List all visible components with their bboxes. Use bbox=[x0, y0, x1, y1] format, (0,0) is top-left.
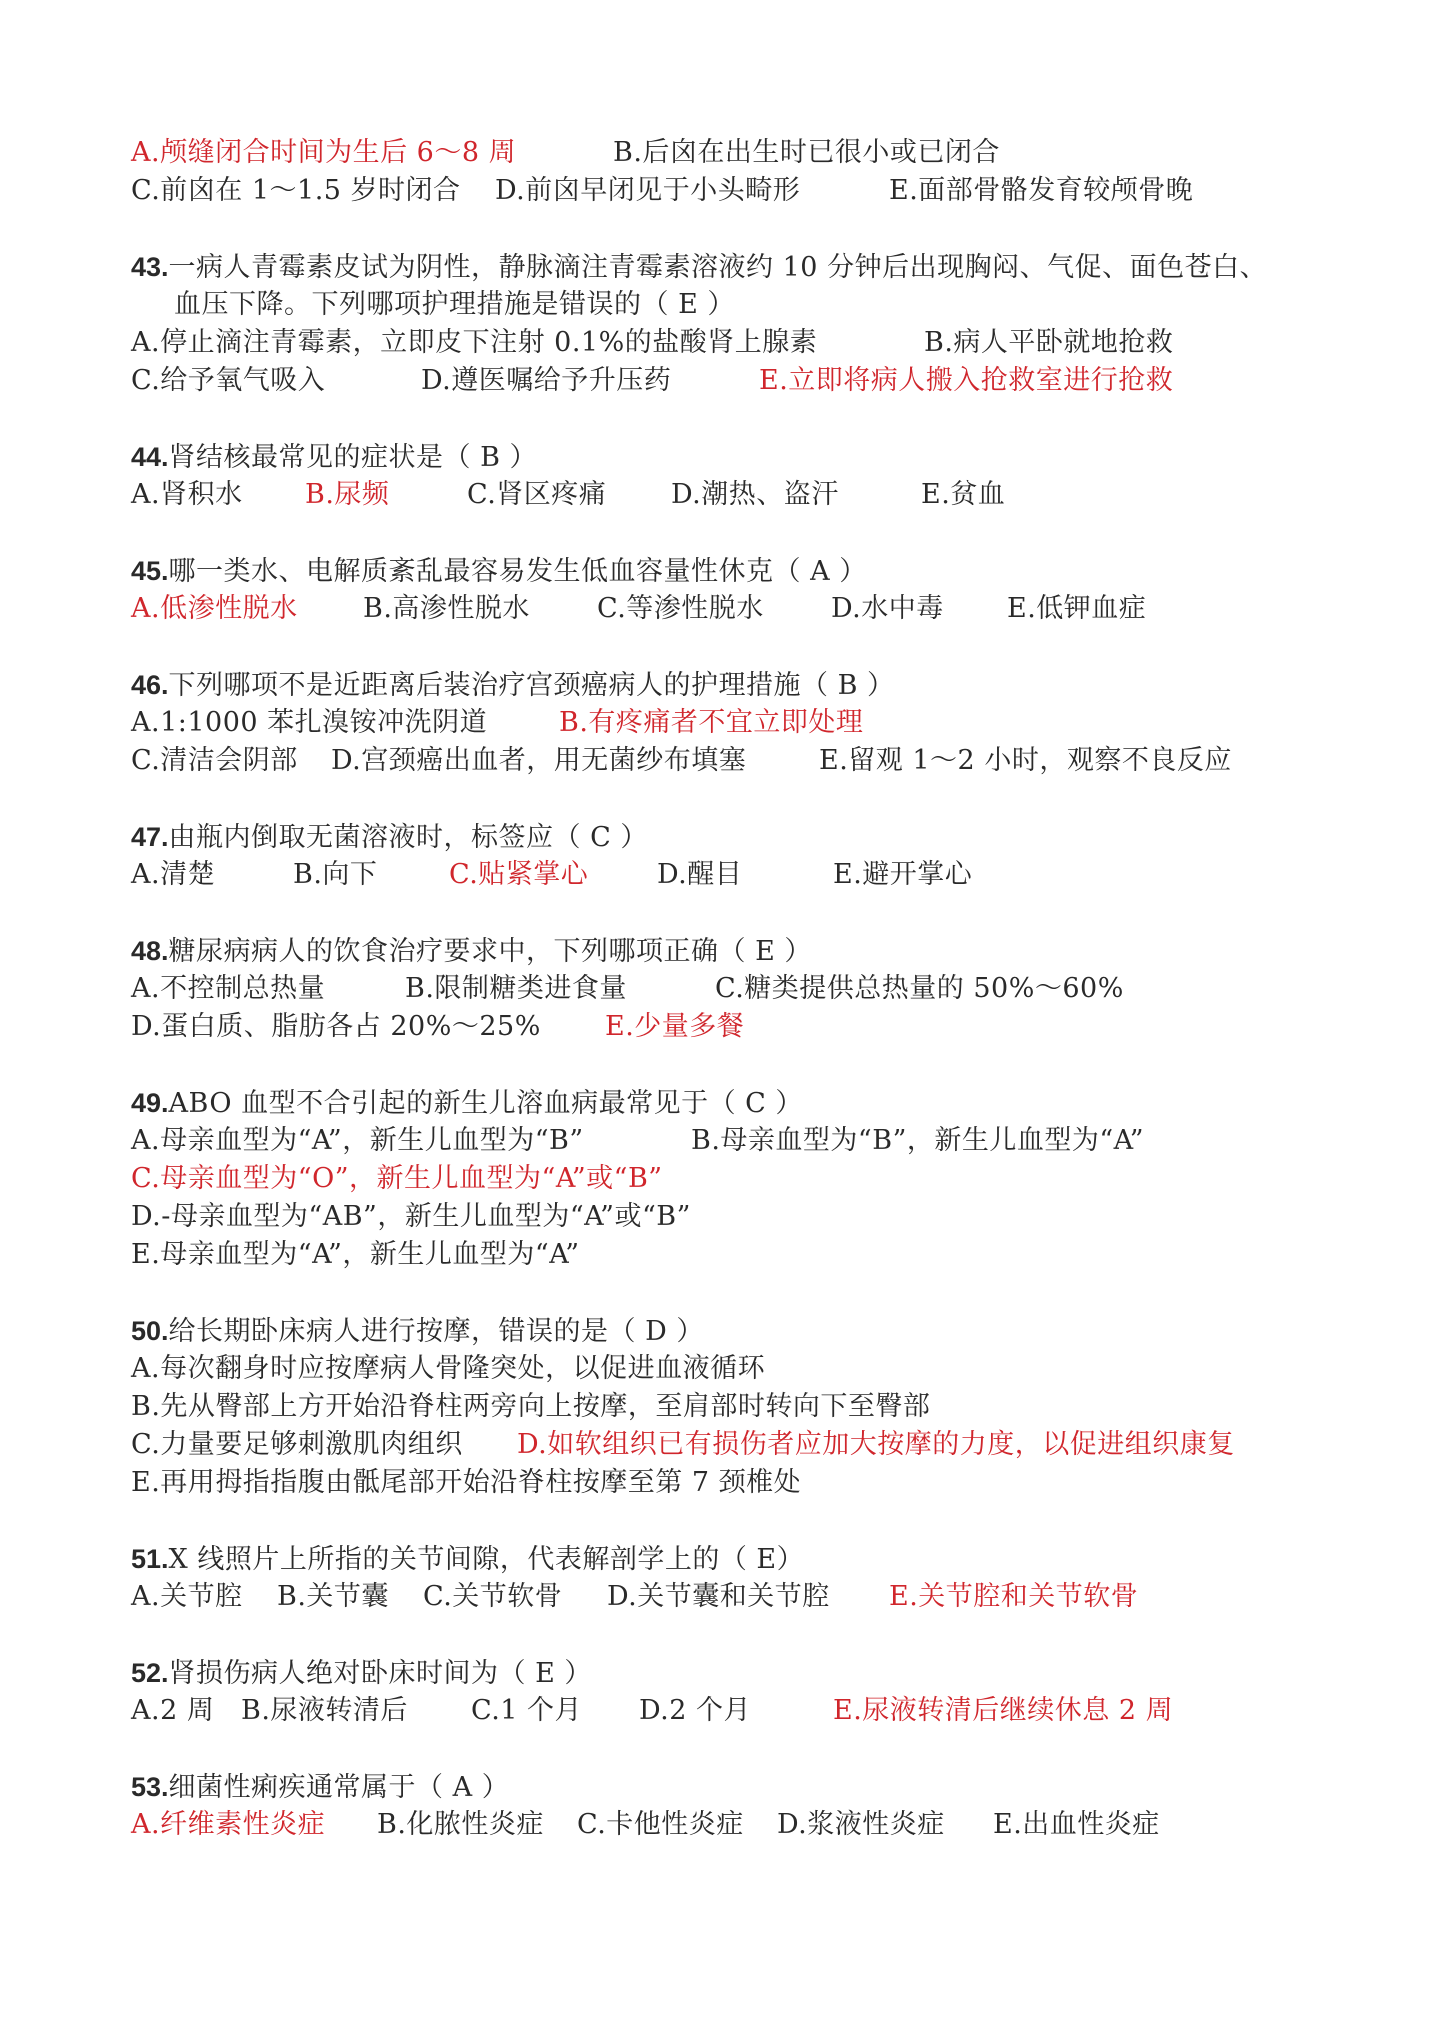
q49-stem: ABO 血型不合引起的新生儿溶血病最常见于（ C ） bbox=[169, 1088, 803, 1119]
q43-option-b: B.病人平卧就地抢救 bbox=[924, 324, 1173, 362]
q44-option-b: B.尿频 bbox=[305, 476, 389, 514]
q52-option-e: E.尿液转清后继续休息 2 周 bbox=[833, 1692, 1173, 1730]
q48-option-a: A.不控制总热量 bbox=[131, 970, 325, 1008]
q46-option-a: A.1:1000 苯扎溴铵冲洗阴道 bbox=[131, 704, 487, 742]
q47-option-a: A.清楚 bbox=[131, 856, 215, 894]
q50-option-b: B.先从臀部上方开始沿脊柱两旁向上按摩，至肩部时转向下至臀部 bbox=[131, 1388, 930, 1426]
q47-option-c: C.贴紧掌心 bbox=[449, 856, 588, 894]
q52-option-c: C.1 个月 bbox=[471, 1692, 582, 1730]
q50-option-d: D.如软组织已有损伤者应加大按摩的力度，以促进组织康复 bbox=[517, 1426, 1235, 1464]
q47-option-e: E.避开掌心 bbox=[833, 856, 972, 894]
q48-option-d: D.蛋白质、脂肪各占 20%～25% bbox=[131, 1008, 541, 1046]
q51-number: 51. bbox=[131, 1544, 169, 1574]
q46-stem-line: 46.下列哪项不是近距离后装治疗宫颈癌病人的护理措施（ B ） bbox=[131, 666, 895, 704]
q47-option-d: D.醒目 bbox=[657, 856, 742, 894]
q53-stem: 细菌性痢疾通常属于（ A ） bbox=[169, 1772, 510, 1803]
q50-option-e: E.再用拇指指腹由骶尾部开始沿脊柱按摩至第 7 颈椎处 bbox=[131, 1464, 801, 1502]
q51-option-a: A.关节腔 bbox=[131, 1578, 243, 1616]
q49-option-a: A.母亲血型为“A”，新生儿血型为“B” bbox=[131, 1122, 584, 1160]
q48-number: 48. bbox=[131, 936, 169, 966]
q48-option-e: E.少量多餐 bbox=[605, 1008, 744, 1046]
q50-number: 50. bbox=[131, 1316, 169, 1346]
q49-option-e: E.母亲血型为“A”，新生儿血型为“A” bbox=[131, 1236, 580, 1274]
q53-stem-line: 53.细菌性痢疾通常属于（ A ） bbox=[131, 1768, 509, 1806]
q46-option-d: D.宫颈癌出血者，用无菌纱布填塞 bbox=[331, 742, 746, 780]
q51-stem: X 线照片上所指的关节间隙，代表解剖学上的（ E） bbox=[169, 1544, 805, 1575]
q44-number: 44. bbox=[131, 442, 169, 472]
q45-option-c: C.等渗性脱水 bbox=[597, 590, 764, 628]
q45-option-e: E.低钾血症 bbox=[1007, 590, 1146, 628]
q45-stem: 哪一类水、电解质紊乱最容易发生低血容量性休克（ A ） bbox=[169, 556, 867, 587]
q44-option-a: A.肾积水 bbox=[131, 476, 243, 514]
q44-stem-line: 44.肾结核最常见的症状是（ B ） bbox=[131, 438, 537, 476]
q44-stem: 肾结核最常见的症状是（ B ） bbox=[169, 442, 538, 473]
q48-stem-line: 48.糖尿病病人的饮食治疗要求中，下列哪项正确（ E ） bbox=[131, 932, 812, 970]
q44-option-c: C.肾区疼痛 bbox=[467, 476, 606, 514]
q53-option-a: A.纤维素性炎症 bbox=[131, 1806, 325, 1844]
q45-option-a: A.低渗性脱水 bbox=[131, 590, 298, 628]
q45-stem-line: 45.哪一类水、电解质紊乱最容易发生低血容量性休克（ A ） bbox=[131, 552, 867, 590]
q53-option-b: B.化脓性炎症 bbox=[377, 1806, 544, 1844]
q43-option-e: E.立即将病人搬入抢救室进行抢救 bbox=[759, 362, 1173, 400]
q51-option-d: D.关节囊和关节腔 bbox=[607, 1578, 830, 1616]
q51-option-e: E.关节腔和关节软骨 bbox=[889, 1578, 1138, 1616]
q52-stem: 肾损伤病人绝对卧床时间为（ E ） bbox=[169, 1658, 592, 1689]
q45-number: 45. bbox=[131, 556, 169, 586]
q53-option-c: C.卡他性炎症 bbox=[577, 1806, 744, 1844]
q44-option-d: D.潮热、盗汗 bbox=[671, 476, 839, 514]
q42-option-d: D.前囟早闭见于小头畸形 bbox=[495, 172, 800, 210]
q47-stem: 由瓶内倒取无菌溶液时，标签应（ C ） bbox=[169, 822, 648, 853]
q52-option-b: B.尿液转清后 bbox=[241, 1692, 408, 1730]
q43-number: 43. bbox=[131, 252, 169, 282]
q46-number: 46. bbox=[131, 670, 169, 700]
q43-stem-line-2: 血压下降。下列哪项护理措施是错误的（ E ） bbox=[174, 286, 735, 324]
q42-option-a: A.颅缝闭合时间为生后 6～8 周 bbox=[131, 134, 516, 172]
q43-stem-cont: 血压下降。下列哪项护理措施是错误的（ E ） bbox=[174, 289, 735, 320]
q47-stem-line: 47.由瓶内倒取无菌溶液时，标签应（ C ） bbox=[131, 818, 648, 856]
q49-number: 49. bbox=[131, 1088, 169, 1118]
q43-option-a: A.停止滴注青霉素，立即皮下注射 0.1%的盐酸肾上腺素 bbox=[131, 324, 817, 362]
q51-option-b: B.关节囊 bbox=[277, 1578, 389, 1616]
q43-option-d: D.遵医嘱给予升压药 bbox=[421, 362, 671, 400]
q53-option-d: D.浆液性炎症 bbox=[777, 1806, 945, 1844]
q50-stem-line: 50.给长期卧床病人进行按摩，错误的是（ D ） bbox=[131, 1312, 704, 1350]
q51-stem-line: 51.X 线照片上所指的关节间隙，代表解剖学上的（ E） bbox=[131, 1540, 804, 1578]
q53-number: 53. bbox=[131, 1772, 169, 1802]
q44-option-e: E.贫血 bbox=[921, 476, 1005, 514]
q48-option-c: C.糖类提供总热量的 50%～60% bbox=[715, 970, 1124, 1008]
q46-stem: 下列哪项不是近距离后装治疗宫颈癌病人的护理措施（ B ） bbox=[169, 670, 895, 701]
q49-option-b: B.母亲血型为“B”，新生儿血型为“A” bbox=[691, 1122, 1144, 1160]
q52-option-d: D.2 个月 bbox=[639, 1692, 751, 1730]
q45-option-d: D.水中毒 bbox=[831, 590, 944, 628]
q52-number: 52. bbox=[131, 1658, 169, 1688]
q52-option-a: A.2 周 bbox=[131, 1692, 214, 1730]
q47-number: 47. bbox=[131, 822, 169, 852]
q42-option-b: B.后囟在出生时已很小或已闭合 bbox=[613, 134, 1000, 172]
q49-option-c: C.母亲血型为“O”，新生儿血型为“A”或“B” bbox=[131, 1160, 663, 1198]
q50-option-c: C.力量要足够刺激肌肉组织 bbox=[131, 1426, 463, 1464]
q50-stem: 给长期卧床病人进行按摩，错误的是（ D ） bbox=[169, 1316, 704, 1347]
q45-option-b: B.高渗性脱水 bbox=[363, 590, 530, 628]
q50-option-a: A.每次翻身时应按摩病人骨隆突处，以促进血液循环 bbox=[131, 1350, 765, 1388]
q48-option-b: B.限制糖类进食量 bbox=[405, 970, 627, 1008]
q48-stem: 糖尿病病人的饮食治疗要求中，下列哪项正确（ E ） bbox=[169, 936, 812, 967]
q47-option-b: B.向下 bbox=[293, 856, 377, 894]
q42-option-e: E.面部骨骼发育较颅骨晚 bbox=[889, 172, 1193, 210]
document-page: A.颅缝闭合时间为生后 6～8 周 B.后囟在出生时已很小或已闭合 C.前囟在 … bbox=[0, 0, 1440, 2036]
q43-option-c: C.给予氧气吸入 bbox=[131, 362, 325, 400]
q43-stem-line-1: 43.一病人青霉素皮试为阴性，静脉滴注青霉素溶液约 10 分钟后出现胸闷、气促、… bbox=[131, 248, 1267, 286]
q53-option-e: E.出血性炎症 bbox=[993, 1806, 1160, 1844]
q42-option-c: C.前囟在 1～1.5 岁时闭合 bbox=[131, 172, 461, 210]
q49-option-d: D.-母亲血型为“AB”，新生儿血型为“A”或“B” bbox=[131, 1198, 691, 1236]
q49-stem-line: 49.ABO 血型不合引起的新生儿溶血病最常见于（ C ） bbox=[131, 1084, 803, 1122]
q46-option-e: E.留观 1～2 小时，观察不良反应 bbox=[819, 742, 1232, 780]
q52-stem-line: 52.肾损伤病人绝对卧床时间为（ E ） bbox=[131, 1654, 592, 1692]
q51-option-c: C.关节软骨 bbox=[423, 1578, 562, 1616]
q46-option-c: C.清洁会阴部 bbox=[131, 742, 298, 780]
q46-option-b: B.有疼痛者不宜立即处理 bbox=[559, 704, 863, 742]
q43-stem: 一病人青霉素皮试为阴性，静脉滴注青霉素溶液约 10 分钟后出现胸闷、气促、面色苍… bbox=[169, 252, 1268, 283]
